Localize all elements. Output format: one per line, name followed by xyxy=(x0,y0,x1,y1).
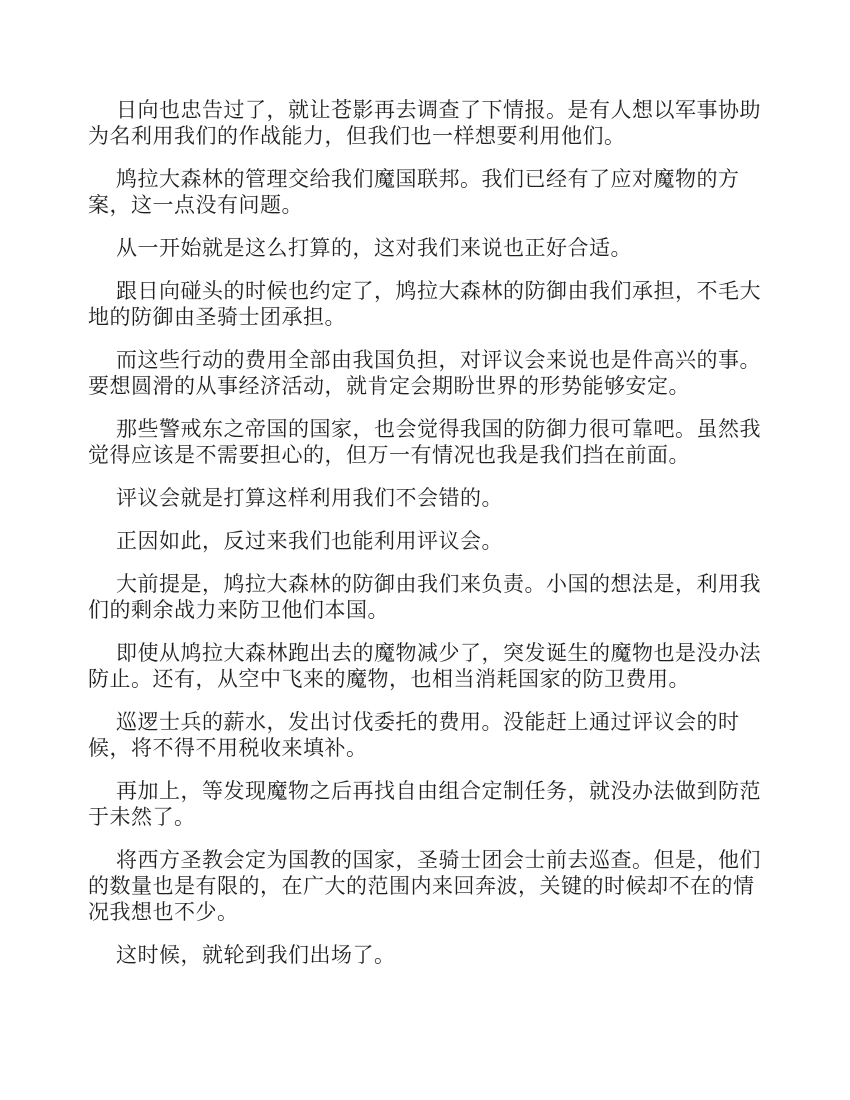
paragraph: 正因如此，反过来我们也能利用评议会。 xyxy=(88,528,778,554)
document-page: 日向也忠告过了，就让苍影再去调查了下情报。是有人想以军事协助为名利用我们的作战能… xyxy=(0,0,850,1100)
paragraph: 巡逻士兵的薪水，发出讨伐委托的费用。没能赶上通过评议会的时候，将不得不用税收来填… xyxy=(88,709,778,761)
paragraph: 大前提是，鸠拉大森林的防御由我们来负责。小国的想法是，利用我们的剩余战力来防卫他… xyxy=(88,571,778,623)
paragraph: 而这些行动的费用全部由我国负担，对评议会来说也是件高兴的事。要想圆滑的从事经济活… xyxy=(88,347,778,399)
text-line: 而这些行动的费用全部由我国负担，对评议会来说也是件高兴的事。 xyxy=(88,347,778,373)
text-line: 于未然了。 xyxy=(88,804,778,830)
paragraph: 跟日向碰头的时候也约定了，鸠拉大森林的防御由我们承担，不毛大地的防御由圣骑士团承… xyxy=(88,278,778,330)
text-line: 候，将不得不用税收来填补。 xyxy=(88,735,778,761)
paragraph: 鸠拉大森林的管理交给我们魔国联邦。我们已经有了应对魔物的方案，这一点没有问题。 xyxy=(88,166,778,218)
text-line: 这时候，就轮到我们出场了。 xyxy=(88,942,778,968)
paragraph: 那些警戒东之帝国的国家，也会觉得我国的防御力很可靠吧。虽然我觉得应该是不需要担心… xyxy=(88,416,778,468)
text-line: 地的防御由圣骑士团承担。 xyxy=(88,304,778,330)
text-line: 日向也忠告过了，就让苍影再去调查了下情报。是有人想以军事协助 xyxy=(88,97,778,123)
paragraph: 将西方圣教会定为国教的国家，圣骑士团会士前去巡查。但是，他们的数量也是有限的，在… xyxy=(88,847,778,925)
paragraph: 即使从鸠拉大森林跑出去的魔物减少了，突发诞生的魔物也是没办法防止。还有，从空中飞… xyxy=(88,640,778,692)
text-line: 案，这一点没有问题。 xyxy=(88,192,778,218)
paragraph: 再加上，等发现魔物之后再找自由组合定制任务，就没办法做到防范于未然了。 xyxy=(88,778,778,830)
text-line: 大前提是，鸠拉大森林的防御由我们来负责。小国的想法是，利用我 xyxy=(88,571,778,597)
text-line: 的数量也是有限的，在广大的范围内来回奔波，关键的时候却不在的情 xyxy=(88,873,778,899)
paragraph: 日向也忠告过了，就让苍影再去调查了下情报。是有人想以军事协助为名利用我们的作战能… xyxy=(88,97,778,149)
text-line: 防止。还有，从空中飞来的魔物，也相当消耗国家的防卫费用。 xyxy=(88,666,778,692)
text-line: 评议会就是打算这样利用我们不会错的。 xyxy=(88,485,778,511)
text-line: 将西方圣教会定为国教的国家，圣骑士团会士前去巡查。但是，他们 xyxy=(88,847,778,873)
text-line: 觉得应该是不需要担心的，但万一有情况也我是我们挡在前面。 xyxy=(88,442,778,468)
text-line: 即使从鸠拉大森林跑出去的魔物减少了，突发诞生的魔物也是没办法 xyxy=(88,640,778,666)
text-line: 从一开始就是这么打算的，这对我们来说也正好合适。 xyxy=(88,235,778,261)
text-line: 再加上，等发现魔物之后再找自由组合定制任务，就没办法做到防范 xyxy=(88,778,778,804)
text-line: 跟日向碰头的时候也约定了，鸠拉大森林的防御由我们承担，不毛大 xyxy=(88,278,778,304)
paragraph: 从一开始就是这么打算的，这对我们来说也正好合适。 xyxy=(88,235,778,261)
text-line: 那些警戒东之帝国的国家，也会觉得我国的防御力很可靠吧。虽然我 xyxy=(88,416,778,442)
text-line: 为名利用我们的作战能力，但我们也一样想要利用他们。 xyxy=(88,123,778,149)
text-line: 巡逻士兵的薪水，发出讨伐委托的费用。没能赶上通过评议会的时 xyxy=(88,709,778,735)
text-line: 况我想也不少。 xyxy=(88,899,778,925)
text-line: 正因如此，反过来我们也能利用评议会。 xyxy=(88,528,778,554)
paragraph: 评议会就是打算这样利用我们不会错的。 xyxy=(88,485,778,511)
body-text: 日向也忠告过了，就让苍影再去调查了下情报。是有人想以军事协助为名利用我们的作战能… xyxy=(88,97,778,985)
paragraph: 这时候，就轮到我们出场了。 xyxy=(88,942,778,968)
text-line: 鸠拉大森林的管理交给我们魔国联邦。我们已经有了应对魔物的方 xyxy=(88,166,778,192)
text-line: 要想圆滑的从事经济活动，就肯定会期盼世界的形势能够安定。 xyxy=(88,373,778,399)
text-line: 们的剩余战力来防卫他们本国。 xyxy=(88,597,778,623)
